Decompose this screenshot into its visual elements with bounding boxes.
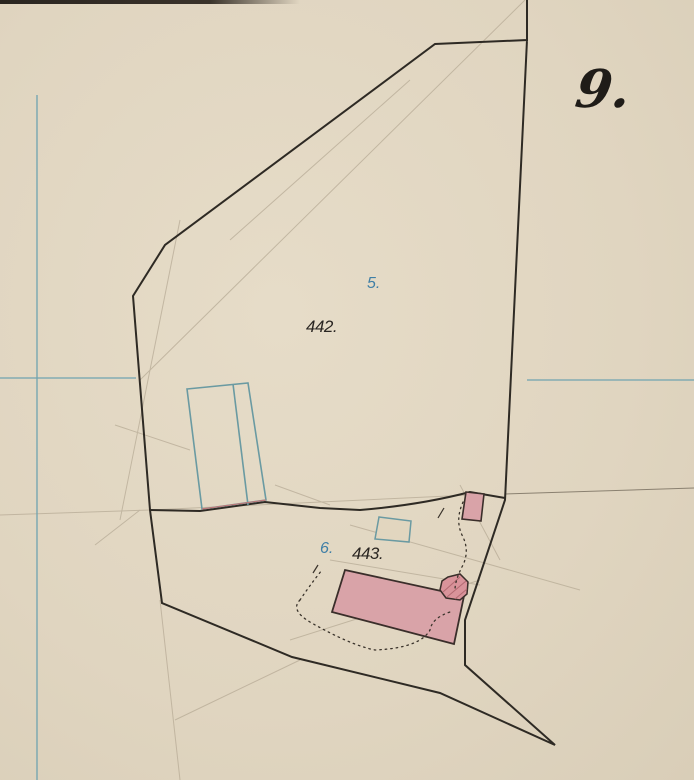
octagonal-structure bbox=[440, 574, 468, 600]
sheet-number: 9. bbox=[572, 64, 634, 116]
red-boundary-segment bbox=[202, 500, 266, 509]
parcel-number-442: 442. bbox=[306, 318, 337, 335]
plot-number-5: 5. bbox=[367, 276, 380, 292]
small-shed-443 bbox=[375, 517, 411, 542]
survey-grid-lines bbox=[0, 95, 694, 780]
parcel-boundary-outer bbox=[133, 0, 555, 745]
cadastral-map-sheet: 9. 5. 442. 6. 443. bbox=[0, 0, 694, 780]
small-building-443 bbox=[462, 492, 484, 521]
thin-boundary-extension bbox=[505, 488, 694, 494]
outbuilding-442 bbox=[187, 383, 266, 509]
construction-lines bbox=[0, 0, 580, 780]
plot-number-6: 6. bbox=[320, 541, 333, 557]
parcel-number-443: 443. bbox=[352, 545, 383, 562]
